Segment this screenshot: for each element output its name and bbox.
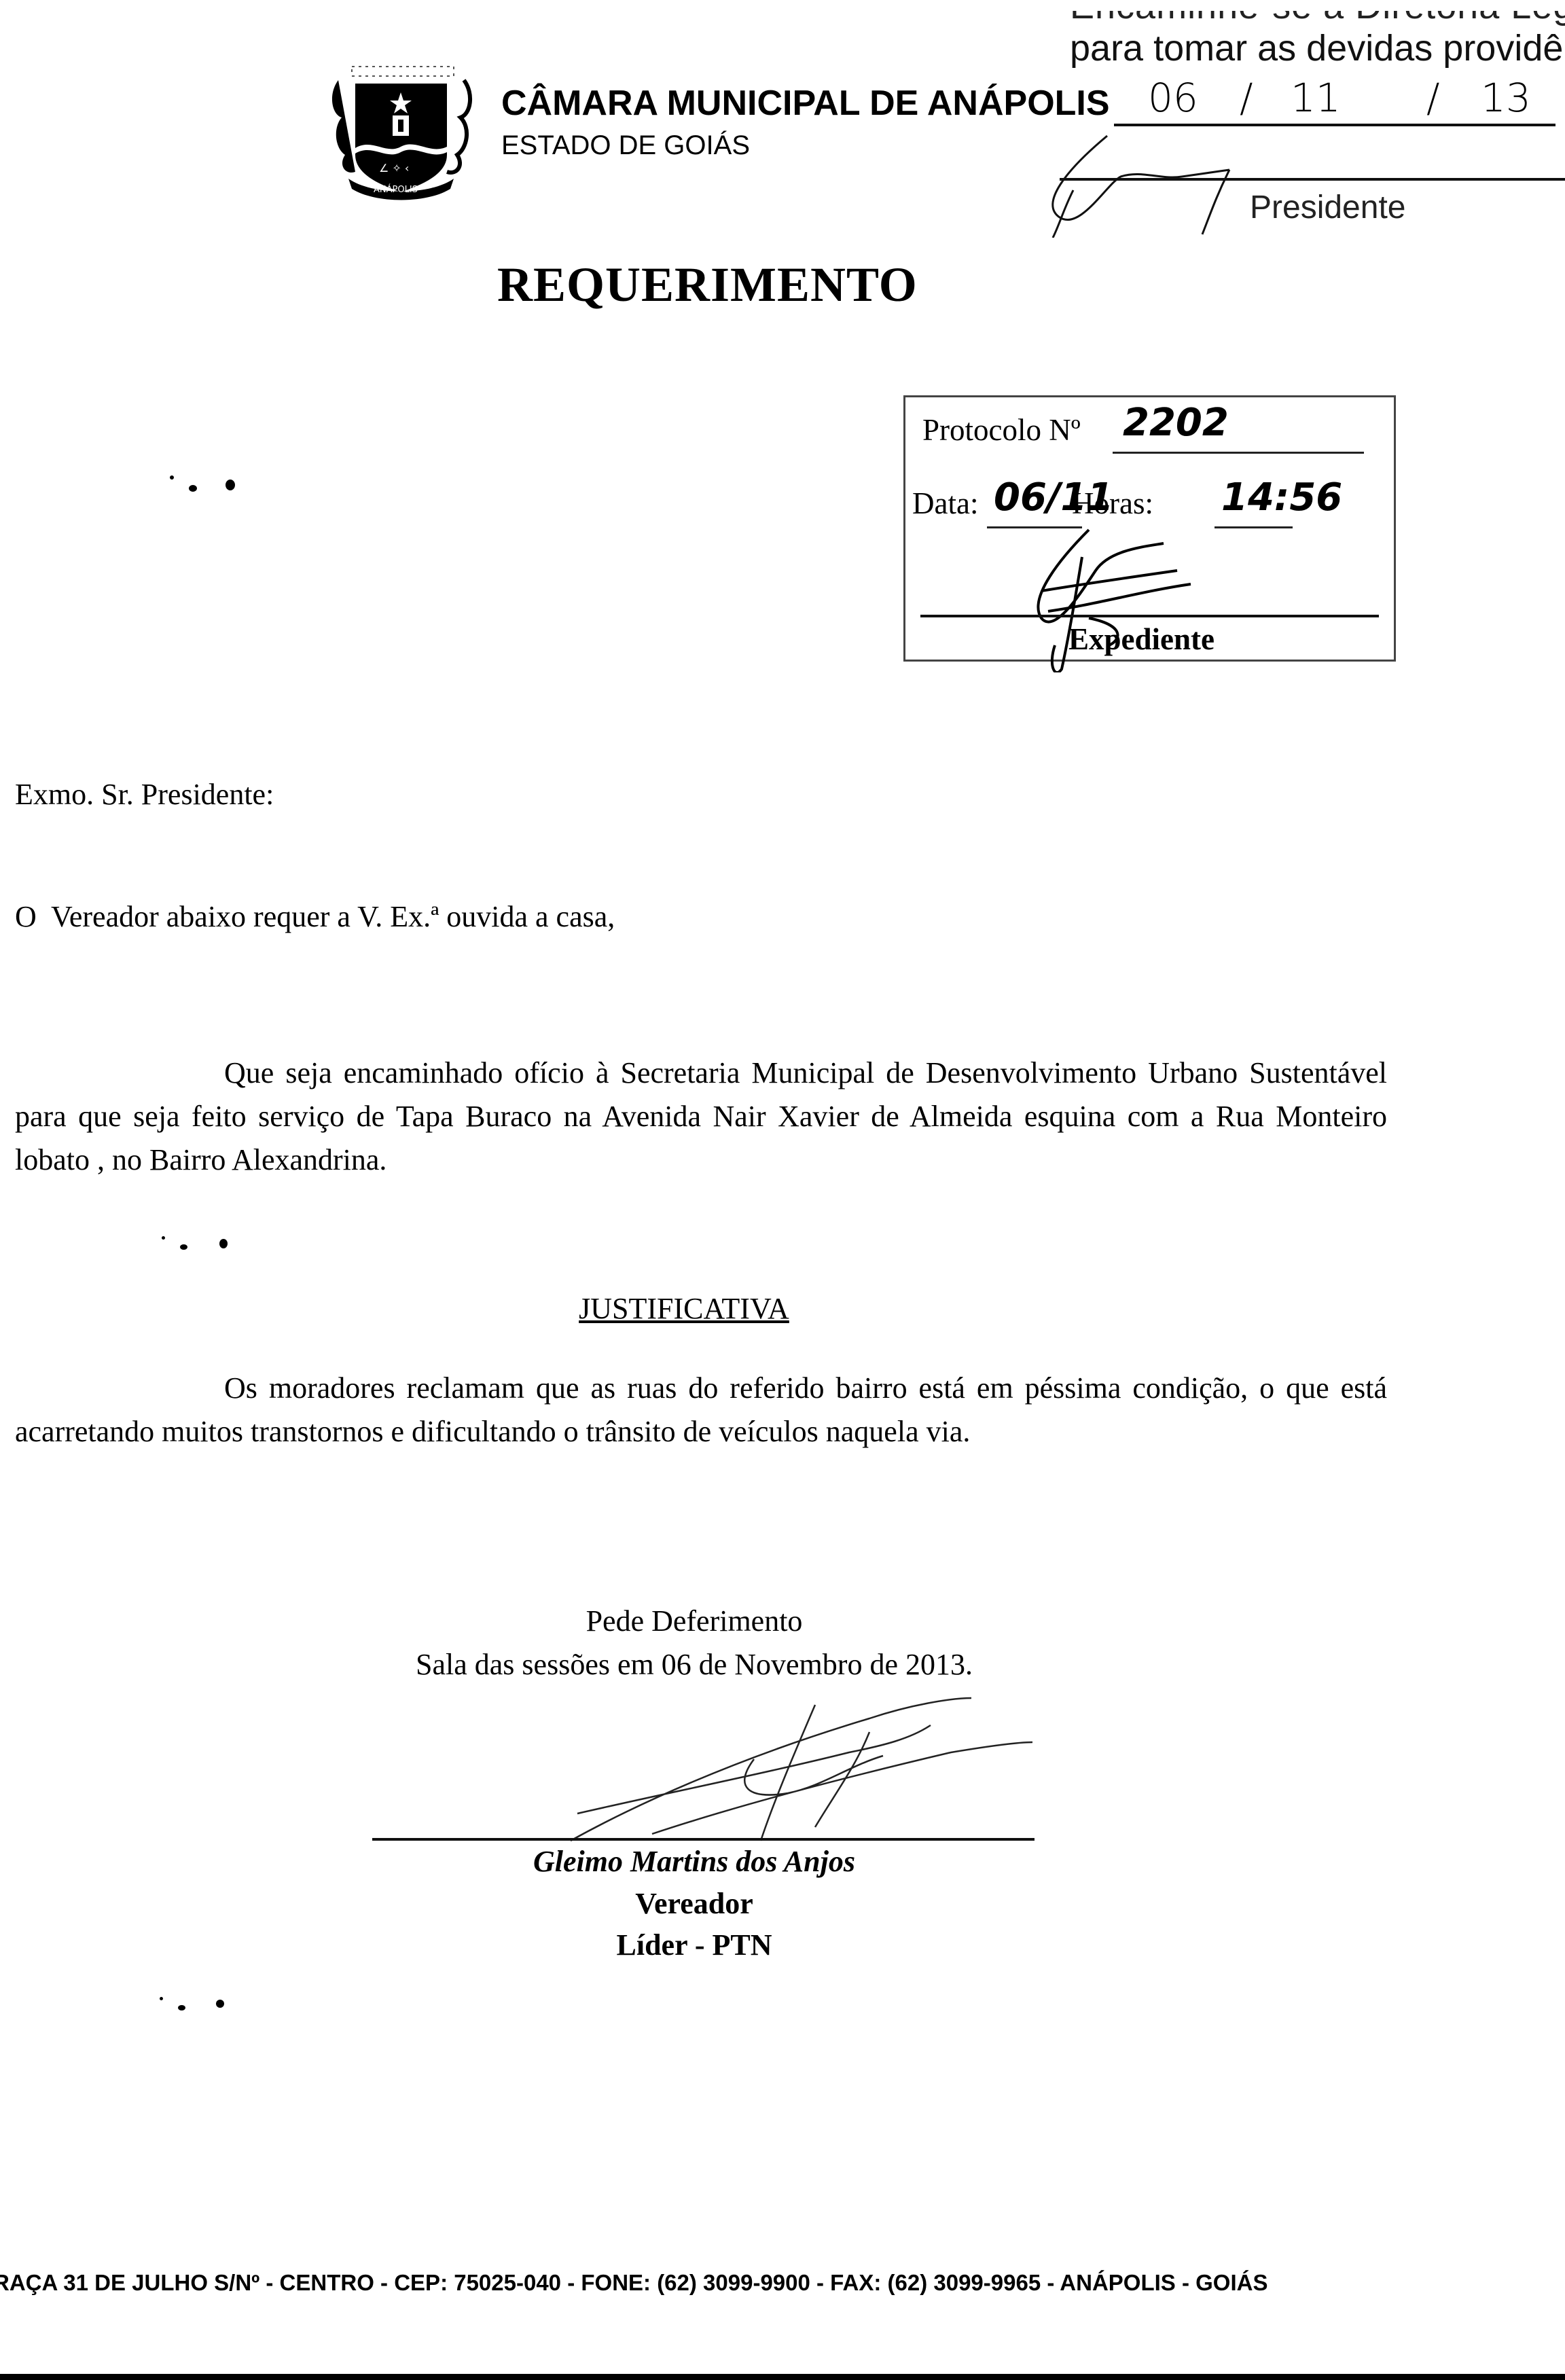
document-title: REQUERIMENTO: [497, 257, 918, 313]
dispatch-date-month: 11: [1291, 75, 1341, 121]
councilman-signature-icon: [530, 1678, 1046, 1847]
dispatch-note-line1: Encaminhe-se à Diretoria Legisla: [1070, 0, 1565, 27]
salutation: Exmo. Sr. Presidente:: [15, 773, 274, 816]
department-label: Expediente: [1068, 621, 1215, 657]
protocol-label: Protocolo Nº: [922, 412, 1081, 448]
signer-title: Vereador: [0, 1883, 1388, 1925]
dispatch-date-field: 06 / 11 / 13: [1114, 75, 1555, 126]
closing-block: Pede Deferimento Sala das sessões em 06 …: [0, 1600, 1565, 1687]
protocol-number: 2202: [1123, 401, 1229, 445]
request-intro: O Vereador abaixo requer a V. Ex.ª ouvid…: [15, 895, 615, 939]
chamber-name: CÂMARA MUNICIPAL DE ANÁPOLIS: [501, 83, 1110, 124]
footer-rule: [0, 2374, 1565, 2380]
hours-underline: [1215, 526, 1293, 528]
president-signature-icon: [1026, 129, 1243, 238]
expediente-rule: [920, 615, 1379, 617]
president-signature-line: [1060, 178, 1565, 181]
dispatch-date-sep1: /: [1240, 75, 1253, 121]
coat-of-arms-icon: ∠ ✧ ‹ ANÁPOLIS: [325, 53, 480, 204]
state-name: ESTADO DE GOIÁS: [501, 130, 750, 161]
dispatch-note-line2: para tomar as devidas providênci: [1070, 27, 1565, 69]
footer-address: RAÇA 31 DE JULHO S/Nº - CENTRO - CEP: 75…: [0, 2270, 1267, 2296]
dispatch-date-day: 06: [1148, 75, 1198, 121]
justification-heading: JUSTIFICATIVA: [0, 1287, 1565, 1331]
svg-text:∠ ✧ ‹: ∠ ✧ ‹: [379, 162, 409, 175]
dispatch-date-sep2: /: [1426, 75, 1440, 121]
protocol-stamp: Protocolo Nº 2202 Data: 06/11 Horas: 14:…: [903, 395, 1396, 662]
protocol-underline: [1113, 452, 1364, 454]
dispatch-date-year: 13: [1481, 75, 1531, 121]
president-label: Presidente: [1250, 189, 1405, 226]
signer-name: Gleimo Martins dos Anjos: [0, 1841, 1388, 1883]
date-label: Data:: [912, 486, 978, 521]
closing-request: Pede Deferimento: [0, 1600, 1388, 1643]
request-paragraph: Que seja encaminhado ofício à Secretaria…: [15, 1051, 1387, 1181]
justification-paragraph: Os moradores reclamam que as ruas do ref…: [15, 1367, 1387, 1454]
signer-block: Gleimo Martins dos Anjos Vereador Líder …: [0, 1841, 1565, 1966]
hours-value: 14:56: [1221, 475, 1342, 520]
signer-party: Líder - PTN: [0, 1924, 1388, 1966]
svg-text:ANÁPOLIS: ANÁPOLIS: [374, 184, 418, 195]
